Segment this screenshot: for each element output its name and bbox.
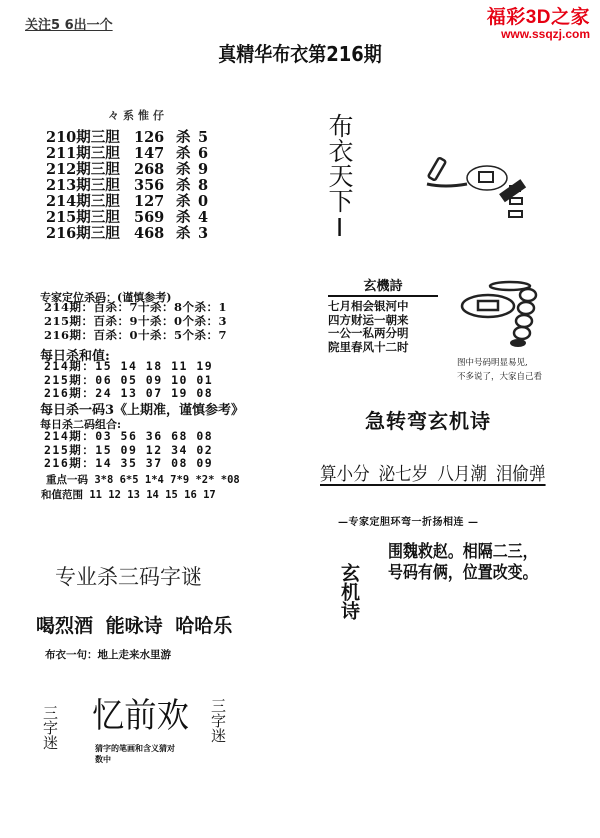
sum-kill-list: 214期：15 14 18 11 19 215期：06 05 09 10 01 … (44, 360, 213, 401)
key-code-line: 重点一码 3*8 6*5 1*4 7*9 *2* *08 (46, 472, 240, 487)
sum-range-values: 11 12 13 14 15 16 17 (89, 489, 215, 501)
sum-range-line: 和值范围 11 12 13 14 15 16 17 (41, 487, 216, 502)
list-item: 215期：百杀：9十杀：0个杀：3 (44, 314, 227, 328)
poem-line: 院里春风十二时 (328, 341, 438, 355)
poem-line: 四方财运一朝来 (328, 314, 438, 328)
list-item: 216期：14 35 37 08 09 (44, 457, 213, 471)
riddle-words: 喝烈酒 能咏诗 哈哈乐 (36, 611, 232, 638)
list-item: 216期：百杀：0十杀：5个杀：7 (44, 328, 227, 342)
three-char-riddle-label-right: 三字迷 (210, 698, 226, 743)
list-item: 215期：15 09 12 34 02 (44, 444, 213, 458)
dan-row: 210期三胆126杀5 (46, 130, 208, 146)
poem-line: 一公一私两分明 (328, 327, 438, 341)
riddle-big-words: 忆前欢 (92, 688, 189, 737)
two-code-list: 214期：03 56 36 68 08 215期：15 09 12 34 02 … (44, 430, 213, 471)
xuanji-vertical-title: 玄机诗 (334, 563, 364, 620)
abacus-cups-drawing-icon (425, 140, 535, 220)
coins-stack-drawing-icon (460, 280, 550, 348)
key-code-label: 重点一码 (46, 474, 88, 486)
poem-line: 号码有俩，位置改变。 (388, 563, 538, 584)
position-kill-list: 214期：百杀：7十杀：8个杀：1 215期：百杀：9十杀：0个杀：3 216期… (44, 300, 227, 342)
dan-row: 211期三胆147杀6 (46, 146, 208, 162)
list-item: 214期：03 56 36 68 08 (44, 430, 213, 444)
expert-line: —专家定胆环弯一折扬相连 — (338, 513, 478, 528)
key-code-values: 3*8 6*5 1*4 7*9 *2* *08 (94, 474, 239, 486)
page-title: 真精华布衣第216期 (30, 38, 570, 67)
list-item: 214期：百杀：7十杀：8个杀：1 (44, 300, 227, 314)
dan-list: 210期三胆126杀5 211期三胆147杀6 212期三胆268杀9 213期… (46, 130, 208, 242)
brand-logo[interactable]: 福彩3D之家 www.ssqzj.com (487, 8, 590, 41)
dan-row: 215期三胆569杀4 (46, 210, 208, 226)
list-item: 214期：15 14 18 11 19 (44, 360, 213, 374)
brain-teaser-title: 急转弯玄机诗 (365, 405, 491, 434)
buyi-tianxia-title: 布衣天下I (326, 113, 352, 242)
xuanji-poem-box: 玄機詩 七月相会银河中 四方财运一朝来 一公一私两分明 院里春风十二时 (328, 275, 438, 354)
dan-row: 214期三胆127杀0 (46, 194, 208, 210)
three-char-riddle-label-left: 三字迷 (42, 705, 58, 750)
poem-line: 围魏救赵。相隔二三， (388, 542, 538, 563)
xuanji-poem-title: 玄機詩 (328, 275, 438, 297)
list-item: 215期：06 05 09 10 01 (44, 374, 213, 388)
riddle-title: 专业杀三码字谜 (55, 561, 202, 591)
brain-teaser-line: 算小分 泌七岁 八月潮 泪偷弹 (320, 460, 546, 486)
brand-name: 福彩3D之家 (487, 8, 590, 28)
notice-text: 关注5 6出一个 (25, 14, 113, 33)
dan-row: 216期三胆468杀3 (46, 226, 208, 242)
picture-caption: 图中号码明显易见, 不多说了，大家自己看 (457, 356, 542, 384)
xuanji-bottom-poem: 围魏救赵。相隔二三， 号码有俩，位置改变。 (388, 542, 538, 584)
poem-line: 七月相会银河中 (328, 300, 438, 314)
buyi-line: 布衣一句：地上走来水里游 (45, 647, 171, 662)
riddle-hint: 猜字的笔画和含义猜对数中 (95, 743, 180, 765)
dan-row: 213期三胆356杀8 (46, 178, 208, 194)
dan-section-heading: 々系惟仔 (108, 107, 168, 123)
dan-row: 212期三胆268杀9 (46, 162, 208, 178)
sum-range-label: 和值范围 (41, 489, 83, 501)
